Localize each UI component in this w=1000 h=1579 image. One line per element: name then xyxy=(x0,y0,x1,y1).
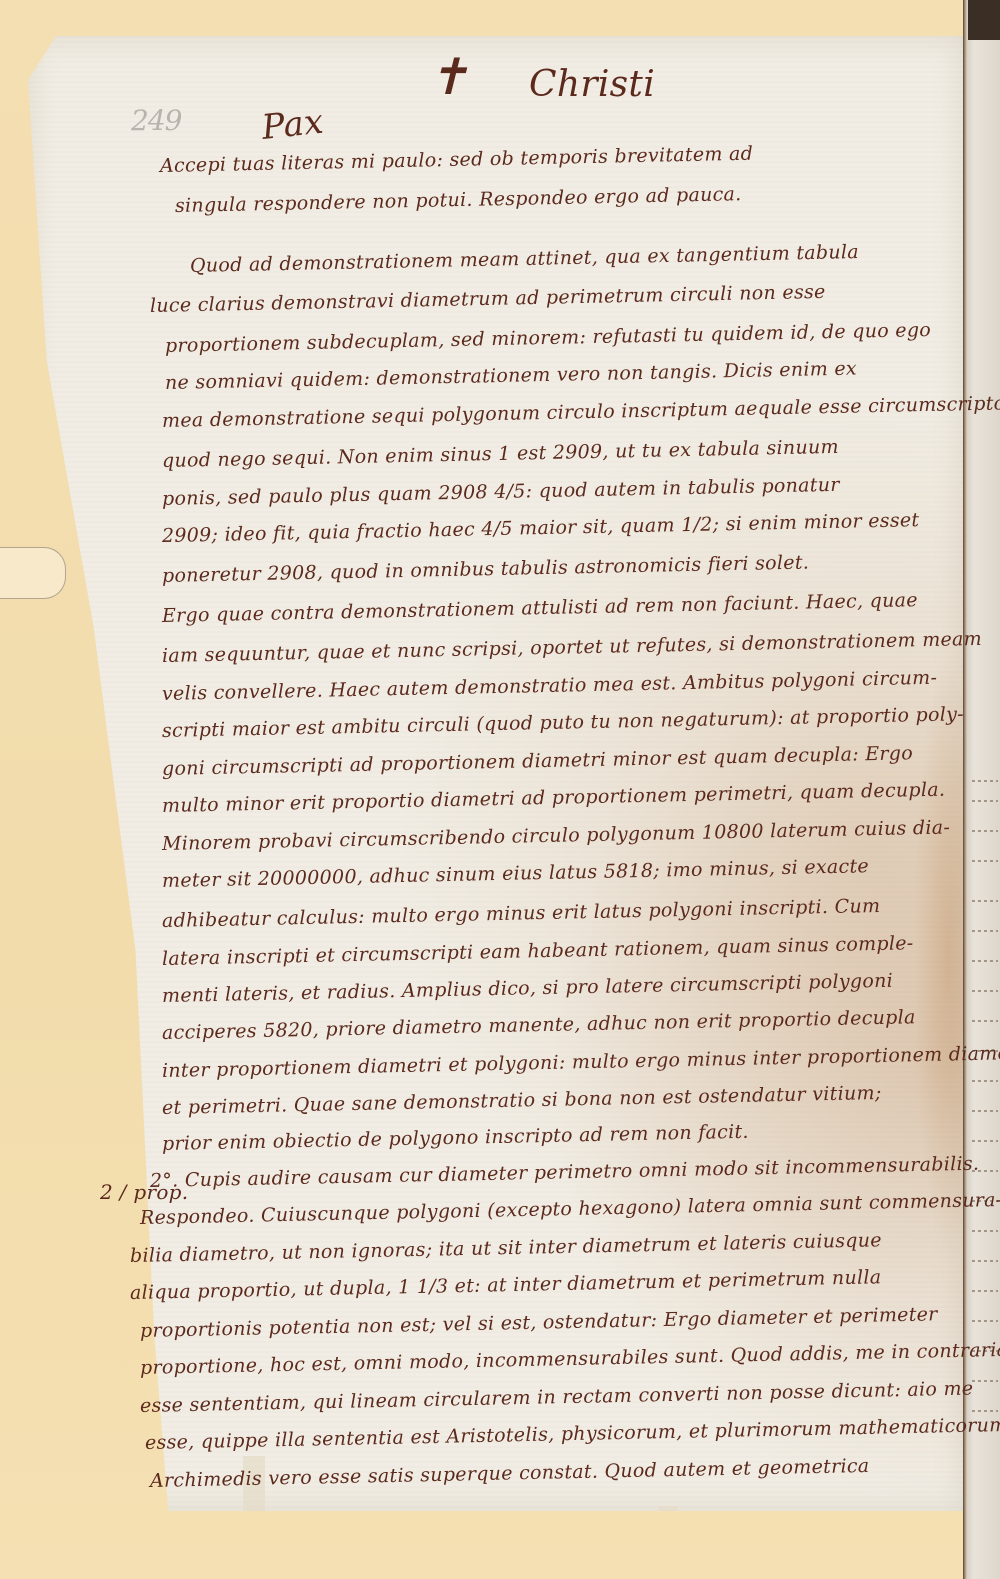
heading-christi: Christi xyxy=(529,64,655,105)
cross-icon: ✝ xyxy=(427,48,469,106)
mount-clip xyxy=(0,547,66,599)
heading-pax: Pax xyxy=(260,102,326,148)
binding-shadow xyxy=(968,0,1000,40)
margin-note: 2 / prop. xyxy=(100,1180,188,1204)
folio-number: 249 xyxy=(131,104,181,137)
